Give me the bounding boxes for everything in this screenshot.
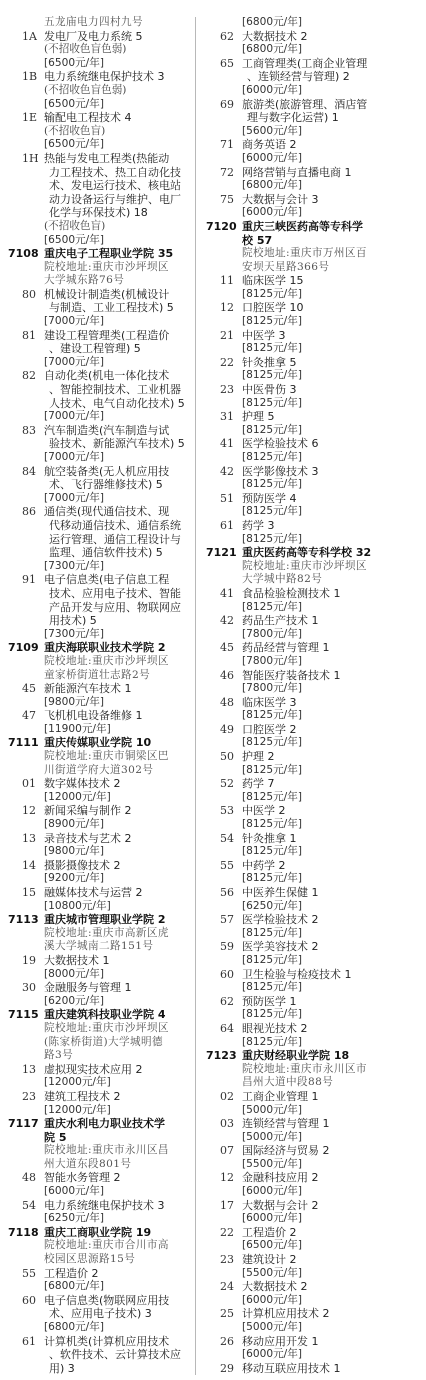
major-name: 电力系统继电保护技术 3 <box>44 1199 165 1212</box>
major-name: 大数据技术 1 <box>44 954 110 967</box>
major-name: 针灸推拿 1 <box>242 832 297 845</box>
major-code: 23 <box>220 1253 242 1267</box>
major-entry: 22针灸推拿 5 <box>206 356 422 370</box>
school-address: 院校地址:重庆市沙坪坝区 <box>8 1022 194 1036</box>
major-entry: 84航空装备类(无人机应用技 <box>8 465 194 479</box>
school-address: 校园区思源路15号 <box>8 1253 194 1267</box>
major-name: 工商管理类(工商企业管理 <box>242 57 367 70</box>
school-name: 重庆财经职业学院 18 <box>242 1049 349 1062</box>
tuition-fee: [6000元/年] <box>206 1212 422 1226</box>
major-name: 代移动通信技术、通信系统 <box>49 519 181 532</box>
tuition-fee: [8900元/年] <box>8 818 194 832</box>
major-code: 81 <box>22 329 44 343</box>
major-code: 41 <box>220 587 242 601</box>
school-code: 7109 <box>8 641 44 655</box>
major-name: 商务英语 2 <box>242 138 297 151</box>
admission-note: (不招收色盲色弱) <box>8 43 194 57</box>
major-entry: 57医学检验技术 2 <box>206 913 422 927</box>
school-heading: 7115重庆建筑科技职业学院 4 <box>8 1008 194 1022</box>
major-code: 91 <box>22 573 44 587</box>
major-entry: 13录音技术与艺术 2 <box>8 832 194 846</box>
tuition-fee: [7000元/年] <box>8 356 194 370</box>
major-entry: 12口腔医学 10 <box>206 301 422 315</box>
column-divider <box>195 17 196 1375</box>
major-entry: 62大数据技术 2 <box>206 30 422 44</box>
tuition-fee: [8000元/年] <box>8 968 194 982</box>
major-code: 14 <box>22 859 44 873</box>
school-code: 7123 <box>206 1049 242 1063</box>
major-entry: 30金融服务与管理 1 <box>8 981 194 995</box>
major-entry: 代移动通信技术、通信系统 <box>8 519 194 533</box>
major-entry: 54针灸推拿 1 <box>206 832 422 846</box>
school-name: 重庆传媒职业学院 10 <box>44 736 151 749</box>
school-name: 重庆城市管理职业学院 2 <box>44 913 165 926</box>
major-code: 41 <box>220 437 242 451</box>
major-name: 用技术) 5 <box>49 614 97 627</box>
major-name: 移动应用开发 1 <box>242 1335 319 1348</box>
school-code: 7118 <box>8 1226 44 1240</box>
major-name: 运行管理、通信工程设计与 <box>49 533 181 546</box>
tuition-fee: [6250元/年] <box>8 1212 194 1226</box>
major-code: 48 <box>220 696 242 710</box>
tuition-fee: [8125元/年] <box>206 791 422 805</box>
major-name: 虚拟现实技术应用 2 <box>44 1063 143 1076</box>
major-entry: 62预防医学 1 <box>206 995 422 1009</box>
left-column: 五龙庙电力四村九号1A发电厂及电力系统 5(不招收色盲色弱)[6500元/年]1… <box>8 16 194 1375</box>
tuition-fee: [6800元/年] <box>8 1321 194 1335</box>
major-name: 计算机应用技术 2 <box>242 1307 330 1320</box>
major-name: 护理 2 <box>242 750 275 763</box>
major-name: 口腔医学 10 <box>242 301 304 314</box>
major-name: 药学 3 <box>242 519 275 532</box>
major-code: 54 <box>22 1199 44 1213</box>
major-entry: 17大数据与会计 2 <box>206 1199 422 1213</box>
major-code: 52 <box>220 777 242 791</box>
major-entry: 56中医养生保健 1 <box>206 886 422 900</box>
tuition-fee: [8125元/年] <box>206 845 422 859</box>
major-name: 产品开发与应用、物联网应 <box>49 601 181 614</box>
school-address: 院校地址:重庆市沙坪坝区 <box>8 261 194 275</box>
school-name: 重庆三峡医药高等专科学 <box>242 220 363 233</box>
major-entry: 22工程造价 2 <box>206 1226 422 1240</box>
major-name: 金融服务与管理 1 <box>44 981 132 994</box>
tuition-fee: [8125元/年] <box>206 369 422 383</box>
major-name: 口腔医学 2 <box>242 723 297 736</box>
major-entry: 化学与环保技术) 18 <box>8 206 194 220</box>
major-code: 54 <box>220 832 242 846</box>
tuition-fee: [6800元/年] <box>206 16 422 30</box>
major-code: 60 <box>22 1294 44 1308</box>
major-entry: 47飞机机电设备维修 1 <box>8 709 194 723</box>
major-name: 新能源汽车技术 1 <box>44 682 132 695</box>
tuition-fee: [5600元/年] <box>206 125 422 139</box>
major-entry: 、智能控制技术、工业机器 <box>8 383 194 397</box>
major-entry: 术、发电运行技术、核电站 <box>8 179 194 193</box>
major-entry: 53中医学 2 <box>206 804 422 818</box>
school-code: 7111 <box>8 736 44 750</box>
tuition-fee: [8125元/年] <box>206 478 422 492</box>
tuition-fee: [6800元/年] <box>206 179 422 193</box>
major-name: 融媒体技术与运营 2 <box>44 886 143 899</box>
school-heading: 7118重庆工商职业学院 19 <box>8 1226 194 1240</box>
major-code: 07 <box>220 1144 242 1158</box>
school-heading: 7111重庆传媒职业学院 10 <box>8 736 194 750</box>
major-code: 15 <box>22 886 44 900</box>
major-entry: 41食品检验检测技术 1 <box>206 587 422 601</box>
tuition-fee: [6000元/年] <box>206 1185 422 1199</box>
major-code: 46 <box>220 669 242 683</box>
major-entry: 80机械设计制造类(机械设计 <box>8 288 194 302</box>
major-code: 61 <box>22 1335 44 1349</box>
major-entry: 、建设工程管理) 5 <box>8 342 194 356</box>
major-name: 医学检验技术 2 <box>242 913 319 926</box>
school-name: 重庆电子工程职业学院 35 <box>44 247 173 260</box>
major-entry: 力工程技术、热工自动化技 <box>8 166 194 180</box>
tuition-fee: [8125元/年] <box>206 954 422 968</box>
tuition-fee: [7000元/年] <box>8 410 194 424</box>
tuition-fee: [7000元/年] <box>8 492 194 506</box>
major-name: 监理、通信软件技术) 5 <box>49 546 163 559</box>
major-entry: 1H热能与发电工程类(热能动 <box>8 152 194 166</box>
major-code: 61 <box>220 519 242 533</box>
tuition-fee: [8125元/年] <box>206 736 422 750</box>
tuition-fee: [6250元/年] <box>206 900 422 914</box>
school-heading: 院 5 <box>8 1131 194 1145</box>
major-name: 国际经济与贸易 2 <box>242 1144 330 1157</box>
tuition-fee: [9800元/年] <box>8 696 194 710</box>
major-code: 1H <box>22 152 44 166</box>
major-code: 72 <box>220 166 242 180</box>
school-address: 路3号 <box>8 1049 194 1063</box>
major-code: 22 <box>220 356 242 370</box>
major-name: 发电厂及电力系统 5 <box>44 30 143 43</box>
tuition-fee: [12000元/年] <box>8 1076 194 1090</box>
major-entry: 83汽车制造类(汽车制造与试 <box>8 424 194 438</box>
admission-note: (不招收色盲) <box>8 220 194 234</box>
major-code: 31 <box>220 410 242 424</box>
major-name: 临床医学 15 <box>242 274 304 287</box>
major-code: 50 <box>220 750 242 764</box>
major-name: 航空装备类(无人机应用技 <box>44 465 169 478</box>
major-name: 药品生产技术 1 <box>242 614 319 627</box>
major-entry: 19大数据技术 1 <box>8 954 194 968</box>
tuition-fee: [8125元/年] <box>206 981 422 995</box>
major-entry: 15融媒体技术与运营 2 <box>8 886 194 900</box>
major-name: 术、应用电子技术) 3 <box>49 1307 152 1320</box>
major-name: 食品检验检测技术 1 <box>242 587 341 600</box>
school-address: 大学城中路82号 <box>206 573 422 587</box>
tuition-fee: [6500元/年] <box>206 1239 422 1253</box>
major-code: 21 <box>220 329 242 343</box>
major-name: 药学 7 <box>242 777 275 790</box>
major-entry: 23建筑工程技术 2 <box>8 1090 194 1104</box>
tuition-fee: [8125元/年] <box>206 872 422 886</box>
major-entry: 86通信类(现代通信技术、现 <box>8 505 194 519</box>
major-code: 11 <box>220 274 242 288</box>
major-name: 预防医学 1 <box>242 995 297 1008</box>
tuition-fee: [7000元/年] <box>8 451 194 465</box>
tuition-fee: [8125元/年] <box>206 315 422 329</box>
school-address: 昌州大道中段88号 <box>206 1076 422 1090</box>
major-name: 输配电工程技术 4 <box>44 111 132 124</box>
school-heading: 7117重庆水利电力职业技术学 <box>8 1117 194 1131</box>
school-address: 院校地址:重庆市万州区百 <box>206 247 422 261</box>
major-name: 中药学 2 <box>242 859 286 872</box>
major-entry: 技术、应用电子技术、智能 <box>8 587 194 601</box>
tuition-fee: [6500元/年] <box>8 138 194 152</box>
major-code: 75 <box>220 193 242 207</box>
major-name: 动力设备运行与维护、电厂 <box>49 193 181 206</box>
major-name: 大数据与会计 3 <box>242 193 319 206</box>
major-name: 预防医学 4 <box>242 492 297 505</box>
school-address: 院校地址:重庆市永川区昌 <box>8 1144 194 1158</box>
tuition-fee: [5500元/年] <box>206 1267 422 1281</box>
school-code: 7117 <box>8 1117 44 1131</box>
major-entry: 46智能医疗装备技术 1 <box>206 669 422 683</box>
school-address: 州大道东段801号 <box>8 1158 194 1172</box>
school-address: 院校地址:重庆市沙坪坝区 <box>8 655 194 669</box>
major-name: 摄影摄像技术 2 <box>44 859 121 872</box>
tuition-fee: [6500元/年] <box>8 57 194 71</box>
major-code: 48 <box>22 1171 44 1185</box>
tuition-fee: [8125元/年] <box>206 818 422 832</box>
major-code: 82 <box>22 369 44 383</box>
major-entry: 13虚拟现实技术应用 2 <box>8 1063 194 1077</box>
major-name: 新闻采编与制作 2 <box>44 804 132 817</box>
major-code: 42 <box>220 614 242 628</box>
major-name: 临床医学 3 <box>242 696 297 709</box>
right-column: [6800元/年]62大数据技术 2[6800元/年]65工商管理类(工商企业管… <box>206 16 422 1375</box>
major-name: 自动化类(机电一体化技术 <box>44 369 169 382</box>
tuition-fee: [6000元/年] <box>206 1294 422 1308</box>
school-code: 7120 <box>206 220 242 234</box>
major-name: 大数据技术 2 <box>242 30 308 43</box>
major-entry: 23中医骨伤 3 <box>206 383 422 397</box>
major-name: 医学美容技术 2 <box>242 940 319 953</box>
school-heading: 校 57 <box>206 234 422 248</box>
tuition-fee: [8125元/年] <box>206 288 422 302</box>
major-code: 55 <box>22 1267 44 1281</box>
major-code: 65 <box>220 57 242 71</box>
major-entry: 理与数字化运营) 1 <box>206 111 422 125</box>
major-entry: 01数字媒体技术 2 <box>8 777 194 791</box>
tuition-fee: [8125元/年] <box>206 342 422 356</box>
major-name: 移动互联应用技术 1 <box>242 1362 341 1375</box>
school-address: (陈家桥街道)大学城明德 <box>8 1036 194 1050</box>
tuition-fee: [6500元/年] <box>8 234 194 248</box>
major-name: 工商企业管理 1 <box>242 1090 319 1103</box>
major-entry: 12金融科技应用 2 <box>206 1171 422 1185</box>
school-code: 7113 <box>8 913 44 927</box>
major-name: 工程造价 2 <box>242 1226 297 1239</box>
major-code: 17 <box>220 1199 242 1213</box>
major-entry: 55工程造价 2 <box>8 1267 194 1281</box>
tuition-fee: [7800元/年] <box>206 628 422 642</box>
school-heading: 7113重庆城市管理职业学院 2 <box>8 913 194 927</box>
major-code: 59 <box>220 940 242 954</box>
school-address: 院校地址:重庆市沙坪坝区 <box>206 560 422 574</box>
major-entry: 与制造、工业工程技术) 5 <box>8 301 194 315</box>
major-name: 、建设工程管理) 5 <box>49 342 141 355</box>
major-name: 工程造价 2 <box>44 1267 99 1280</box>
tuition-fee: [5000元/年] <box>206 1321 422 1335</box>
tuition-fee: [7800元/年] <box>206 682 422 696</box>
major-name: 中医骨伤 3 <box>242 383 297 396</box>
major-name: 中医养生保健 1 <box>242 886 319 899</box>
school-address: 院校地址:重庆市高新区虎 <box>8 927 194 941</box>
major-entry: 1E输配电工程技术 4 <box>8 111 194 125</box>
tuition-fee: [11900元/年] <box>8 723 194 737</box>
tuition-fee: [5500元/年] <box>206 1158 422 1172</box>
school-code: 7108 <box>8 247 44 261</box>
major-entry: 48智能水务管理 2 <box>8 1171 194 1185</box>
school-name: 重庆工商职业学院 19 <box>44 1226 151 1239</box>
major-entry: 24大数据技术 2 <box>206 1280 422 1294</box>
major-code: 86 <box>22 505 44 519</box>
major-entry: 人技术、电气自动化技术) 5 <box>8 397 194 411</box>
major-name: 与制造、工业工程技术) 5 <box>49 301 174 314</box>
school-name: 校 57 <box>242 234 272 247</box>
major-name: 医学检验技术 6 <box>242 437 319 450</box>
major-entry: 54电力系统继电保护技术 3 <box>8 1199 194 1213</box>
major-entry: 55中药学 2 <box>206 859 422 873</box>
major-name: 汽车制造类(汽车制造与试 <box>44 424 169 437</box>
major-entry: 1A发电厂及电力系统 5 <box>8 30 194 44</box>
major-entry: 60卫生检验与检疫技术 1 <box>206 968 422 982</box>
major-code: 51 <box>220 492 242 506</box>
tuition-fee: [8125元/年] <box>206 424 422 438</box>
major-entry: 运行管理、通信工程设计与 <box>8 533 194 547</box>
major-entry: 14摄影摄像技术 2 <box>8 859 194 873</box>
tuition-fee: [8125元/年] <box>206 601 422 615</box>
school-name: 重庆海联职业技术学院 2 <box>44 641 165 654</box>
major-code: 12 <box>22 804 44 818</box>
school-name: 重庆建筑科技职业学院 4 <box>44 1008 165 1021</box>
major-name: 卫生检验与检疫技术 1 <box>242 968 352 981</box>
tuition-fee: [9200元/年] <box>8 872 194 886</box>
major-entry: 31护理 5 <box>206 410 422 424</box>
tuition-fee: [8125元/年] <box>206 709 422 723</box>
tuition-fee: [12000元/年] <box>8 791 194 805</box>
tuition-fee: [8125元/年] <box>206 1008 422 1022</box>
school-address: 院校地址:重庆市永川区市 <box>206 1063 422 1077</box>
major-name: 术、飞行器维修技术) 5 <box>49 478 163 491</box>
major-code: 47 <box>22 709 44 723</box>
major-entry: 产品开发与应用、物联网应 <box>8 601 194 615</box>
major-entry: 动力设备运行与维护、电厂 <box>8 193 194 207</box>
tuition-fee: [6200元/年] <box>8 995 194 1009</box>
major-entry: 1B电力系统继电保护技术 3 <box>8 70 194 84</box>
major-name: 建筑工程技术 2 <box>44 1090 121 1103</box>
major-code: 1A <box>22 30 44 44</box>
major-entry: 51预防医学 4 <box>206 492 422 506</box>
school-address: 安坝天星路366号 <box>206 261 422 275</box>
major-entry: 82自动化类(机电一体化技术 <box>8 369 194 383</box>
major-entry: 52药学 7 <box>206 777 422 791</box>
major-name: 数字媒体技术 2 <box>44 777 121 790</box>
major-entry: 45药品经营与管理 1 <box>206 641 422 655</box>
major-code: 57 <box>220 913 242 927</box>
major-entry: 术、飞行器维修技术) 5 <box>8 478 194 492</box>
major-name: 电子信息类(电子信息工程 <box>44 573 169 586</box>
admission-note: (不招收色盲色弱) <box>8 84 194 98</box>
major-entry: 、连锁经营与管理) 2 <box>206 70 422 84</box>
tuition-fee: [8125元/年] <box>206 1036 422 1050</box>
major-name: 智能水务管理 2 <box>44 1171 121 1184</box>
admission-note: (不招收色盲) <box>8 125 194 139</box>
school-name: 重庆医药高等专科学校 32 <box>242 546 371 559</box>
major-entry: 61计算机类(计算机应用技术 <box>8 1335 194 1349</box>
major-name: 、智能控制技术、工业机器 <box>49 383 181 396</box>
major-code: 49 <box>220 723 242 737</box>
tuition-fee: [10800元/年] <box>8 900 194 914</box>
major-code: 45 <box>22 682 44 696</box>
school-code: 7115 <box>8 1008 44 1022</box>
major-entry: 91电子信息类(电子信息工程 <box>8 573 194 587</box>
major-entry: 21中医学 3 <box>206 329 422 343</box>
major-code: 24 <box>220 1280 242 1294</box>
major-entry: 48临床医学 3 <box>206 696 422 710</box>
school-heading: 7120重庆三峡医药高等专科学 <box>206 220 422 234</box>
major-entry: 03连锁经营与管理 1 <box>206 1117 422 1131</box>
school-address: 院校地址:重庆市铜梁区巴 <box>8 750 194 764</box>
major-entry: 65工商管理类(工商企业管理 <box>206 57 422 71</box>
school-heading: 7109重庆海联职业技术学院 2 <box>8 641 194 655</box>
major-entry: 71商务英语 2 <box>206 138 422 152</box>
major-name: 、连锁经营与管理) 2 <box>247 70 350 83</box>
major-code: 60 <box>220 968 242 982</box>
major-entry: 49口腔医学 2 <box>206 723 422 737</box>
major-code: 62 <box>220 30 242 44</box>
major-name: 电力系统继电保护技术 3 <box>44 70 165 83</box>
major-code: 64 <box>220 1022 242 1036</box>
tuition-fee: [8125元/年] <box>206 764 422 778</box>
major-entry: 29移动互联应用技术 1 <box>206 1362 422 1376</box>
major-entry: 69旅游类(旅游管理、酒店管 <box>206 98 422 112</box>
tuition-fee: [7800元/年] <box>206 655 422 669</box>
tuition-fee: [6000元/年] <box>206 152 422 166</box>
major-code: 71 <box>220 138 242 152</box>
tuition-fee: [8125元/年] <box>206 397 422 411</box>
major-code: 02 <box>220 1090 242 1104</box>
major-name: 热能与发电工程类(热能动 <box>44 152 169 165</box>
tuition-fee: [5000元/年] <box>206 1131 422 1145</box>
tuition-fee: [6000元/年] <box>8 1185 194 1199</box>
tuition-fee: [5000元/年] <box>206 1104 422 1118</box>
major-name: 录音技术与艺术 2 <box>44 832 132 845</box>
major-code: 22 <box>220 1226 242 1240</box>
major-code: 69 <box>220 98 242 112</box>
major-name: 药品经营与管理 1 <box>242 641 330 654</box>
major-name: 眼视光技术 2 <box>242 1022 308 1035</box>
major-name: 智能医疗装备技术 1 <box>242 669 341 682</box>
tuition-fee: [6000元/年] <box>206 84 422 98</box>
school-name: 重庆水利电力职业技术学 <box>44 1117 165 1130</box>
major-name: 针灸推拿 5 <box>242 356 297 369</box>
major-code: 1B <box>22 70 44 84</box>
major-code: 12 <box>220 1171 242 1185</box>
school-address: 溪大学城南二路151号 <box>8 940 194 954</box>
major-name: 化学与环保技术) 18 <box>49 206 148 219</box>
school-heading: 7121重庆医药高等专科学校 32 <box>206 546 422 560</box>
major-name: 建设工程管理类(工程造价 <box>44 329 169 342</box>
major-code: 12 <box>220 301 242 315</box>
major-code: 13 <box>22 832 44 846</box>
major-code: 13 <box>22 1063 44 1077</box>
tuition-fee: [8125元/年] <box>206 505 422 519</box>
major-entry: 用) 3 <box>8 1362 194 1376</box>
major-code: 56 <box>220 886 242 900</box>
